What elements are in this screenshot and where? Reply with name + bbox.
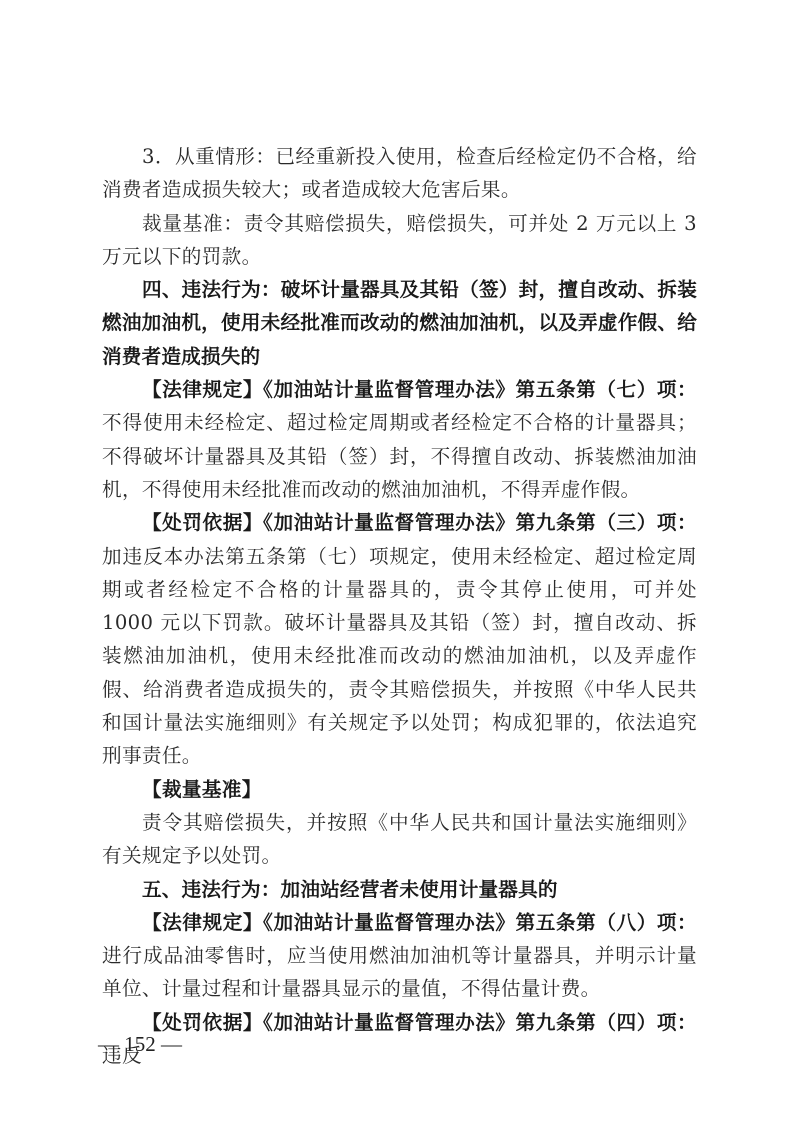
- discretion-standard-heading: 【裁量基准】: [102, 773, 697, 806]
- penalty-basis-label: 【处罚依据】《加油站计量监督管理办法》第九条第（三）项：: [142, 511, 697, 534]
- heading-violation-four: 四、违法行为：破坏计量器具及其铅（签）封，擅自改动、拆装燃油加油机，使用未经批准…: [102, 273, 697, 373]
- paragraph-penalty-basis-2: 【处罚依据】《加油站计量监督管理办法》第九条第（四）项：违反: [102, 1006, 697, 1073]
- legal-provision-text: 不得使用未经检定、超过检定周期或者经检定不合格的计量器具；不得破坏计量器具及其铅…: [102, 411, 697, 501]
- paragraph-discretion-text: 责令其赔偿损失，并按照《中华人民共和国计量法实施细则》有关规定予以处罚。: [102, 806, 697, 873]
- penalty-basis-text: 加违反本办法第五条第（七）项规定，使用未经检定、超过检定周期或者经检定不合格的计…: [102, 545, 697, 768]
- penalty-basis-label-2: 【处罚依据】《加油站计量监督管理办法》第九条第（四）项：: [142, 1011, 697, 1034]
- paragraph-aggravated-circumstance: 3．从重情形：已经重新投入使用，检查后经检定仍不合格，给消费者造成损失较大；或者…: [102, 140, 697, 207]
- heading-violation-five: 五、违法行为：加油站经营者未使用计量器具的: [102, 873, 697, 906]
- legal-provision-label-2: 【法律规定】《加油站计量监督管理办法》第五条第（八）项：: [142, 911, 697, 934]
- paragraph-penalty-basis: 【处罚依据】《加油站计量监督管理办法》第九条第（三）项：加违反本办法第五条第（七…: [102, 506, 697, 772]
- page-number: — 152 —: [98, 1032, 182, 1057]
- paragraph-discretion-standard: 裁量基准：责令其赔偿损失，赔偿损失，可并处 2 万元以上 3 万元以下的罚款。: [102, 207, 697, 274]
- legal-provision-label: 【法律规定】《加油站计量监督管理办法》第五条第（七）项：: [142, 378, 697, 401]
- paragraph-legal-provision-2: 【法律规定】《加油站计量监督管理办法》第五条第（八）项：进行成品油零售时，应当使…: [102, 906, 697, 1006]
- paragraph-legal-provision: 【法律规定】《加油站计量监督管理办法》第五条第（七）项：不得使用未经检定、超过检…: [102, 373, 697, 506]
- legal-provision-text-2: 进行成品油零售时，应当使用燃油加油机等计量器具，并明示计量单位、计量过程和计量器…: [102, 944, 697, 1000]
- document-body: 3．从重情形：已经重新投入使用，检查后经检定仍不合格，给消费者造成损失较大；或者…: [102, 140, 697, 1072]
